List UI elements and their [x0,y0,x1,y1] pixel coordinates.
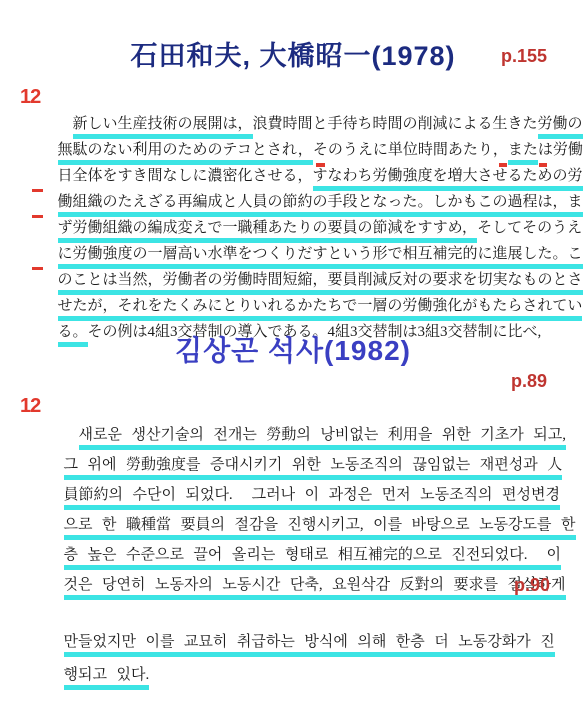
jp-text-line-2: 無駄のない利用のためのテコとされ，そのうえに単位時間あたり，または労働 [35,114,569,140]
korean-page-ref-2: p.90 [514,575,550,596]
red-tick-mark [32,267,43,270]
kr-text-line-5: 층 높은 수준으로 끌어 올리는 형태로 相互補完的으로 진전되었다. 이 [35,516,569,546]
japanese-page-ref: p.155 [501,46,547,67]
kr-text-line-3: 員節約의 수단이 되었다. 그러나 이 과정은 먼저 노동조직의 편성변경 [35,456,569,486]
japanese-quote-paragraph: 12新しい生産技術の展開は，浪費時間と手待ち時間の削減による生きた労働の 無駄の… [35,88,569,322]
korean-quote-paragraph-2: 만들었지만 이를 교묘히 취급하는 방식에 의해 한층 더 노동강화가 진 행되… [35,603,569,669]
kr-text-line-8: 행되고 있다. [35,636,569,669]
jp-text-line-8: せたが，それをたくみにとりいれるかたちで一層の労働強化がもたらされてい [35,270,569,296]
jp-text-line-5: ず労働組織の編成変えで一職種あたりの要員の節減をすすめ，そしてそのうえ [35,192,569,218]
korean-quote-paragraph-1: 12새로운 생산기술의 전개는 勞動의 낭비없는 利用을 위한 기초가 되고, … [35,396,569,576]
jp-text-line-1: 12新しい生産技術の展開は，浪費時間と手待ち時間の削減による生きた労働の [35,88,569,114]
kr-text-line-6: 것은 당연히 노동자의 노동시간 단축, 요원삭감 反對의 要求를 절실하게 [35,546,569,576]
kr-text-line-1: 12새로운 생산기술의 전개는 勞動의 낭비없는 利用을 위한 기초가 되고, [35,396,569,426]
japanese-source-title: 石田和夫, 大橋昭一(1978) [0,34,586,73]
jp-text-line-4: 働組織のたえざる再編成と人員の節約の手段となった。しかもこの過程は，ま [35,166,569,192]
jp-text-line-7: のことは当然，労働者の労働時間短縮，要員削減反対の要求を切実なものとさ [35,244,569,270]
highlighted-text: 것은 당연히 노동자의 노동시간 단축, 요원삭감 反對의 要求를 절실하게 [64,577,566,600]
kr-text-line-4: 으로 한 職種當 要員의 절감을 진행시키고, 이를 바탕으로 노동강도를 한 [35,486,569,516]
jp-text-line-3: 日全体をすき間なしに濃密化させる，すなわち労働強度を増大させるための労 [35,140,569,166]
kr-text-line-7: 만들었지만 이를 교묘히 취급하는 방식에 의해 한층 더 노동강화가 진 [35,603,569,636]
red-tick-mark [32,189,43,192]
jp-text-line-9: る。その例は4組3交替制の導入である。4組3交替制は3組3交替制に比べ, [35,296,569,322]
red-tick-mark [32,215,43,218]
document-page: 石田和夫, 大橋昭一(1978) p.155 12新しい生産技術の展開は，浪費時… [0,0,586,706]
korean-page-ref-1: p.89 [511,371,547,392]
highlighted-text: 행되고 있다. [64,667,150,690]
korean-source-title: 김상곤 석사(1982) [0,329,586,369]
quote-number-korean: 12 [20,393,40,419]
jp-text-line-6: に労働強度の一層高い水準をつくりだすという形で相互補完的に進展した。こ [35,218,569,244]
quote-number-japanese: 12 [20,85,40,109]
kr-text-line-2: 그 위에 勞動強度를 증대시키기 위한 노동조직의 끊임없는 재편성과 人 [35,426,569,456]
